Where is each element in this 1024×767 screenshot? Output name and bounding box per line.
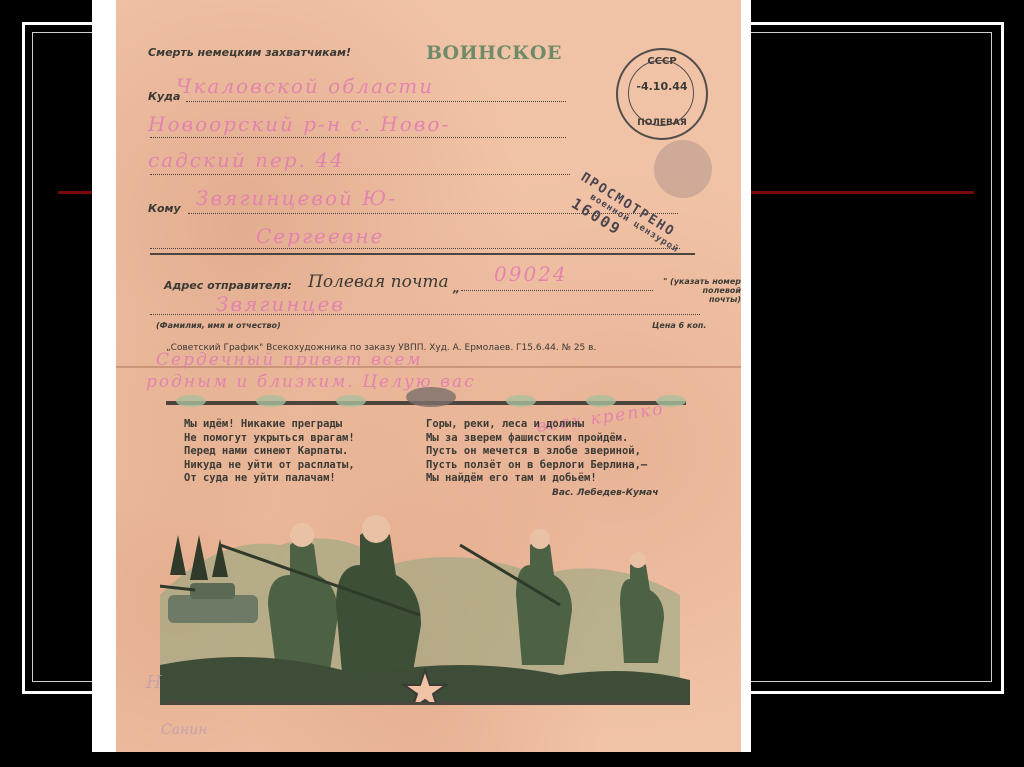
handwritten-address-4: Звягинцевой Ю- [196,186,397,210]
sender-address-label: Адрес отправителя: [164,279,292,292]
letter-title: ВОИНСКОЕ [426,42,562,64]
illustration-bottom-rule [166,702,686,705]
poem-author: Вас. Лебедев-Кумач [552,488,658,498]
field-post-label: Полевая почта [308,272,449,292]
postmark-date: -4.10.44 [618,80,706,93]
field-post-note: " (указать номер полевой почты) [656,277,741,304]
military-letter-photo: Смерть немецким захватчикам! ВОИНСКОЕ Ку… [116,0,741,752]
price-text: Цена 6 коп. [652,321,706,330]
handwritten-address-2: Новоорский р-н с. Ново- [148,112,450,136]
field-post-number-line [461,290,653,291]
address-line-1 [186,101,566,102]
poem-left-column: Мы идём! Никакие преграды Не помогут укр… [184,418,355,486]
handwritten-message-1: Сердечный привет всем [156,350,423,370]
handwritten-address-3: садский пер. 44 [148,148,345,172]
pencil-mark-2: Санин [161,722,208,738]
postmark-stamp: СССР -4.10.44 ПОЛЕВАЯ [616,48,708,140]
sender-name-line [150,314,700,315]
address-line-5 [150,248,680,249]
handwritten-field-post-number: 09024 [494,262,568,286]
pencil-mark-1: Н [146,672,162,693]
soldiers-illustration [160,505,690,705]
handwritten-sender-name: Звягинцев [216,292,345,316]
address-line-2 [150,137,566,138]
address-block-rule [150,253,695,255]
faded-stamp [654,140,712,198]
handwritten-address-1: Чкаловской области [176,74,434,98]
address-line-3 [150,174,570,175]
name-hint: (Фамилия, имя и отчество) [156,321,281,330]
handwritten-address-5: Сергеевне [256,224,384,248]
poem-right-column: Горы, реки, леса и долины Мы за зверем ф… [426,418,647,486]
decorative-ornament [166,395,686,411]
slogan-text: Смерть немецким захватчикам! [148,46,351,59]
to-whom-label: Кому [148,202,181,215]
